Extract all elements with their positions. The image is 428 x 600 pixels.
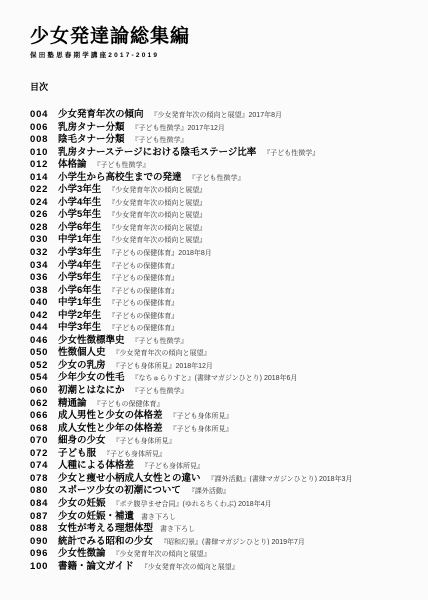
toc-row: 008 陰毛タナー分類 『子ども性徴学』 [30,131,408,144]
toc-entry-source-note: 『なちゅらりすと』(書肆マガジンひとり) 2018年6月 [132,373,298,382]
toc-page-number: 034 [30,260,58,270]
toc-row: 006 乳房タナー分類 『子ども性徴学』2017年12月 [30,119,408,132]
toc-entry-title: 小学3年生 [58,244,101,257]
toc-page-number: 036 [30,272,58,282]
toc-entry-title: 少女の妊娠 [58,495,106,508]
toc-page-number: 032 [30,247,58,257]
toc-entry-source-note: 『子ども性徴学』 [94,160,150,169]
toc-entry-source-note: 『子ども身体所見』 [170,411,233,420]
toc-row: 088 女性が考える理想体型 書き下ろし [30,520,408,533]
toc-entry-title: 子ども服 [58,445,96,458]
toc-entry-title: 小学5年生 [58,206,101,219]
toc-row: 032 小学3年生 『子どもの保健体育』2018年8月 [30,244,408,257]
toc-entry-source-note: 『子ども身体所見』 [113,436,176,445]
toc-entry-source-note: 『子ども性徴学』 [132,336,188,345]
toc-page-number: 052 [30,360,58,370]
toc-entry-title: 小学4年生 [58,194,101,207]
toc-page-number: 054 [30,372,58,382]
toc-entry-source-note: 『子どもの保健体育』 [94,399,164,408]
toc-heading: 目次 [30,80,408,93]
toc-entry-title: 精通論 [58,395,87,408]
toc-row: 026 小学5年生 『少女発育年次の傾向と展望』 [30,206,408,219]
toc-entry-title: 乳房タナー分類 [58,119,125,132]
toc-entry-source-note: 『少女発育年次の傾向と展望』 [108,198,206,207]
toc-page-number: 012 [30,159,58,169]
toc-entry-title: 少年少女の性毛 [58,369,125,382]
toc-entry-source-note: 『子どもの保健体育』 [108,311,178,320]
toc-row: 022 小学3年生 『少女発育年次の傾向と展望』 [30,181,408,194]
toc-entry-source-note: 『課外活動』 [188,486,230,495]
toc-row: 072 子ども服 『子ども身体所見』 [30,445,408,458]
toc-entry-title: 体格論 [58,156,87,169]
toc-entry-title: 中学1年生 [58,294,101,307]
toc-row: 044 中学3年生 『子どもの保健体育』 [30,319,408,332]
toc-page-number: 060 [30,385,58,395]
toc-row: 050 性徴個人史 『少女発育年次の傾向と展望』 [30,344,408,357]
toc-entry-source-note: 『子ども身体所見』 [141,461,204,470]
toc-row: 024 小学4年生 『少女発育年次の傾向と展望』 [30,194,408,207]
toc-page-number: 028 [30,222,58,232]
toc-page-number: 008 [30,134,58,144]
toc-page-number: 096 [30,548,58,558]
toc-entry-title: 乳房タナーステージにおける陰毛ステージ比率 [58,144,256,157]
toc-row: 068 成人女性と少年の体格差 『子ども身体所見』 [30,420,408,433]
toc-entry-source-note: 『子どもの保健体育』 [108,273,178,282]
toc-row: 080 スポーツ少女の初潮について 『課外活動』 [30,482,408,495]
toc-entry-title: 成人女性と少年の体格差 [58,420,163,433]
toc-entry-source-note: 『少女発育年次の傾向と展望』 [113,549,211,558]
toc-row: 010 乳房タナーステージにおける陰毛ステージ比率 『子ども性徴学』 [30,144,408,157]
toc-row: 012 体格論 『子ども性徴学』 [30,156,408,169]
toc-row: 062 精通論 『子どもの保健体育』 [30,395,408,408]
toc-row: 014 小学生から高校生までの発達 『子ども性徴学』 [30,169,408,182]
toc-page-number: 068 [30,423,58,433]
toc-entry-title: 少女の妊娠・補遺 [58,508,134,521]
toc-entry-title: 中学1年生 [58,231,101,244]
toc-page-number: 078 [30,473,58,483]
toc-entry-source-note: 『子どもの保健体育』 [108,323,178,332]
toc-entry-source-note: 『課外活動』(書肆マガジンひとり) 2018年3月 [208,474,353,483]
toc-row: 040 中学1年生 『子どもの保健体育』 [30,294,408,307]
toc-entry-title: 成人男性と少女の体格差 [58,407,163,420]
toc-entry-source-note: 『子ども身体所見』 [103,449,166,458]
toc-page-number: 074 [30,460,58,470]
toc-row: 084 少女の妊娠 『ポテ腹孕ませ合同』(ゆれるちくわぶ) 2018年4月 [30,495,408,508]
toc-entry-title: 細身の少女 [58,432,106,445]
toc-entry-title: 統計でみる昭和の少女 [58,533,153,546]
toc-entry-title: 中学2年生 [58,307,101,320]
toc-page-number: 090 [30,536,58,546]
toc-entry-title: 少女性徴標準史 [58,332,125,345]
toc-page-number: 024 [30,197,58,207]
toc-page-number: 030 [30,234,58,244]
toc-entry-source-note: 『少女発育年次の傾向と展望』 [108,210,206,219]
toc-entry-title: 人種による体格差 [58,457,134,470]
toc-row: 096 少女性徴論 『少女発育年次の傾向と展望』 [30,545,408,558]
toc-page-number: 026 [30,209,58,219]
toc-page-number: 010 [30,147,58,157]
toc-entry-source-note: 『少女発育年次の傾向と展望』 [108,235,206,244]
toc-row: 004 少女発育年次の傾向 『少女発育年次の傾向と展望』2017年8月 [30,106,408,119]
toc-row: 074 人種による体格差 『子ども身体所見』 [30,457,408,470]
toc-row: 078 少女と痩せ小柄成人女性との違い 『課外活動』(書肆マガジンひとり) 20… [30,470,408,483]
toc-page-number: 014 [30,172,58,182]
toc-entry-source-note: 『子ども身体所見』 [170,424,233,433]
toc-entry-title: 少女性徴論 [58,545,106,558]
toc-page-number: 046 [30,335,58,345]
toc-row: 054 少年少女の性毛 『なちゅらりすと』(書肆マガジンひとり) 2018年6月 [30,369,408,382]
toc-entry-title: 小学3年生 [58,181,101,194]
toc-page-number: 022 [30,184,58,194]
toc-row: 060 初潮とはなにか 『子ども性徴学』 [30,382,408,395]
toc-row: 030 中学1年生 『少女発育年次の傾向と展望』 [30,231,408,244]
toc-row: 042 中学2年生 『子どもの保健体育』 [30,307,408,320]
toc-entry-source-note: 『子どもの保健体育』 [108,298,178,307]
toc-entry-title: 陰毛タナー分類 [58,131,125,144]
toc-page-number: 038 [30,285,58,295]
toc-page-number: 072 [30,448,58,458]
toc-entry-source-note: 『少女発育年次の傾向と展望』 [108,185,206,194]
toc-page-number: 100 [30,561,58,571]
toc-page-number: 062 [30,398,58,408]
toc-page-number: 042 [30,310,58,320]
toc-entry-source-note: 『子どもの保健体育』 [108,261,178,270]
toc-entry-title: 少女発育年次の傾向 [58,106,144,119]
toc-entry-title: 少女の乳房 [58,357,106,370]
toc-page-number: 087 [30,511,58,521]
toc-entry-title: 女性が考える理想体型 [58,520,153,533]
toc-entry-source-note: 『昭和幻景』(書肆マガジンひとり) 2019年7月 [160,537,305,546]
document-page: 少女発達論総集編 保田塾思春期学講座2017-2019 目次 004 少女発育年… [0,0,428,570]
toc-entry-title: 小学4年生 [58,257,101,270]
toc-page-number: 040 [30,297,58,307]
toc-entry-source-note: 『少女発育年次の傾向と展望』 [113,348,211,357]
toc-entry-source-note: 『少女発育年次の傾向と展望』 [108,223,206,232]
page-subtitle: 保田塾思春期学講座2017-2019 [30,50,408,59]
toc-page-number: 070 [30,435,58,445]
header: 少女発達論総集編 保田塾思春期学講座2017-2019 [30,27,408,59]
toc-entry-source-note: 『少女発育年次の傾向と展望』 [141,562,239,571]
toc-page-number: 088 [30,523,58,533]
toc-row: 038 小学6年生 『子どもの保健体育』 [30,282,408,295]
toc-row: 087 少女の妊娠・補遺 書き下ろし [30,508,408,521]
toc-row: 066 成人男性と少女の体格差 『子ども身体所見』 [30,407,408,420]
toc-list: 004 少女発育年次の傾向 『少女発育年次の傾向と展望』2017年8月 006 … [30,106,408,570]
toc-row: 034 小学4年生 『子どもの保健体育』 [30,257,408,270]
toc-entry-source-note: 書き下ろし [141,512,176,521]
toc-page-number: 066 [30,410,58,420]
toc-entry-source-note: 『子ども性徴学』 [132,386,188,395]
toc-row: 090 統計でみる昭和の少女 『昭和幻景』(書肆マガジンひとり) 2019年7月 [30,533,408,546]
toc-entry-title: 小学6年生 [58,219,101,232]
toc-entry-source-note: 『子どもの保健体育』2018年8月 [108,248,211,257]
toc-page-number: 006 [30,122,58,132]
toc-entry-source-note: 『少女発育年次の傾向と展望』2017年8月 [151,110,282,119]
toc-row: 036 小学5年生 『子どもの保健体育』 [30,269,408,282]
toc-entry-title: 少女と痩せ小柄成人女性との違い [58,470,201,483]
toc-entry-source-note: 『子ども性徴学』2017年12月 [132,123,225,132]
toc-entry-title: 小学生から高校生までの発達 [58,169,182,182]
toc-row: 046 少女性徴標準史 『子ども性徴学』 [30,332,408,345]
toc-page-number: 080 [30,485,58,495]
toc-entry-source-note: 『ポテ腹孕ませ合同』(ゆれるちくわぶ) 2018年4月 [113,499,272,508]
toc-page-number: 084 [30,498,58,508]
toc-row: 028 小学6年生 『少女発育年次の傾向と展望』 [30,219,408,232]
toc-page-number: 050 [30,347,58,357]
toc-entry-title: 中学3年生 [58,319,101,332]
toc-entry-source-note: 『子ども性徴学』 [189,173,245,182]
toc-entry-title: 小学5年生 [58,269,101,282]
toc-page-number: 044 [30,322,58,332]
page-title: 少女発達論総集編 [30,27,408,46]
toc-entry-source-note: 『子ども身体所見』2018年12月 [113,361,213,370]
toc-row: 070 細身の少女 『子ども身体所見』 [30,432,408,445]
toc-entry-source-note: 『子ども性徴学』 [263,148,319,157]
toc-entry-source-note: 『子どもの保健体育』 [108,286,178,295]
toc-entry-source-note: 書き下ろし [160,524,195,533]
toc-entry-source-note: 『子ども性徴学』 [132,135,188,144]
toc-row: 052 少女の乳房 『子ども身体所見』2018年12月 [30,357,408,370]
toc-row: 100 書籍・論文ガイド 『少女発育年次の傾向と展望』 [30,558,408,571]
toc-page-number: 004 [30,109,58,119]
toc-entry-title: 性徴個人史 [58,344,106,357]
toc-entry-title: 初潮とはなにか [58,382,125,395]
toc-entry-title: スポーツ少女の初潮について [58,482,181,495]
toc-entry-title: 書籍・論文ガイド [58,558,134,571]
toc-entry-title: 小学6年生 [58,282,101,295]
